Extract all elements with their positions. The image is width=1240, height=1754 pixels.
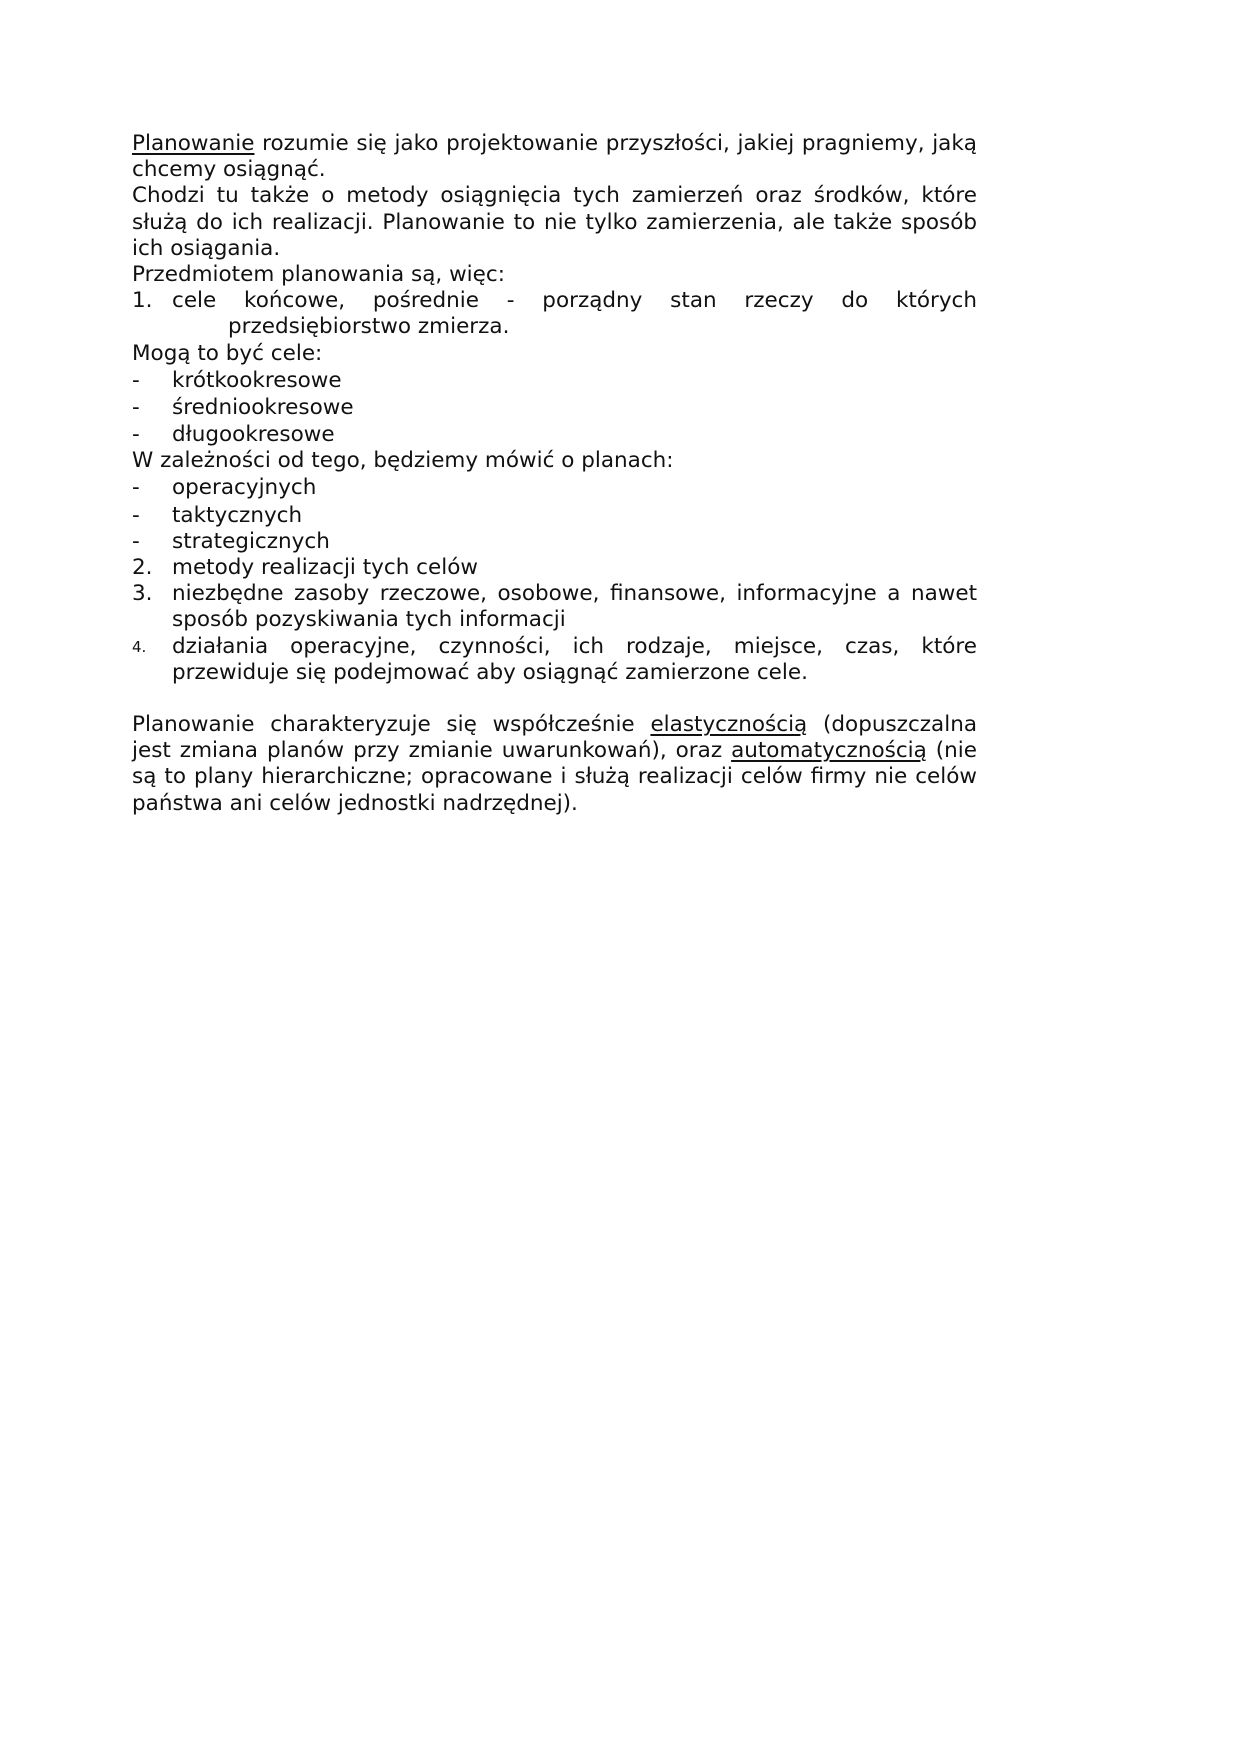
- closing-paragraph: Planowanie charakteryzuje się współcześn…: [132, 712, 977, 817]
- list-item: - operacyjnych: [132, 474, 977, 502]
- subject-intro: Przedmiotem planowania są, więc:: [132, 262, 977, 288]
- list-marker: 1.: [132, 288, 172, 314]
- list-item-text: cele końcowe, pośrednie - porządny stan …: [172, 288, 977, 314]
- document-page: Planowanie rozumie się jako projektowani…: [132, 131, 977, 817]
- list-item-text: krótkookresowe: [172, 367, 342, 395]
- list-marker: 2.: [132, 555, 172, 581]
- list-item: - strategicznych: [132, 529, 977, 555]
- methods-paragraph: Chodzi tu także o metody osiągnięcia tyc…: [132, 183, 977, 262]
- numbered-item-1: 1. cele końcowe, pośrednie - porządny st…: [132, 288, 977, 314]
- closing-text-1: Planowanie charakteryzuje się współcześn…: [132, 712, 650, 737]
- list-item-text: taktycznych: [172, 502, 302, 530]
- goals-intro: Mogą to być cele:: [132, 341, 977, 367]
- plans-intro: W zależności od tego, będziemy mówić o p…: [132, 448, 977, 474]
- list-item-text: strategicznych: [172, 529, 330, 555]
- dash-marker: -: [132, 502, 172, 530]
- intro-text: rozumie się jako projektowanie przyszłoś…: [132, 131, 977, 182]
- list-item-text: operacyjnych: [172, 474, 316, 502]
- term-planowanie: Planowanie: [132, 131, 254, 156]
- list-item-text: działania operacyjne, czynności, ich rod…: [172, 634, 977, 686]
- term-elastycznosc: elastycznością: [650, 712, 807, 737]
- list-item-text: metody realizacji tych celów: [172, 555, 977, 581]
- dash-marker: -: [132, 422, 172, 448]
- dash-marker: -: [132, 529, 172, 555]
- list-marker: 4.: [132, 634, 172, 686]
- list-item-text: długookresowe: [172, 422, 335, 448]
- numbered-item-3: 3. niezbędne zasoby rzeczowe, osobowe, f…: [132, 581, 977, 633]
- numbered-item-4: 4. działania operacyjne, czynności, ich …: [132, 634, 977, 686]
- intro-paragraph: Planowanie rozumie się jako projektowani…: [132, 131, 977, 183]
- dash-marker: -: [132, 474, 172, 502]
- goals-list: - krótkookresowe - średniookresowe - dłu…: [132, 367, 977, 448]
- list-item: - długookresowe: [132, 422, 977, 448]
- list-marker: 3.: [132, 581, 172, 633]
- numbered-item-1-continuation: przedsiębiorstwo zmierza.: [132, 314, 977, 340]
- dash-marker: -: [132, 394, 172, 422]
- blank-line: [132, 686, 977, 712]
- plans-list: - operacyjnych - taktycznych - strategic…: [132, 474, 977, 555]
- list-item-text: średniookresowe: [172, 394, 354, 422]
- list-item: - średniookresowe: [132, 394, 977, 422]
- list-item: - krótkookresowe: [132, 367, 977, 395]
- list-item: - taktycznych: [132, 502, 977, 530]
- numbered-item-2: 2. metody realizacji tych celów: [132, 555, 977, 581]
- list-item-text: niezbędne zasoby rzeczowe, osobowe, fina…: [172, 581, 977, 633]
- term-automatycznosc: automatycznością: [731, 738, 927, 763]
- dash-marker: -: [132, 367, 172, 395]
